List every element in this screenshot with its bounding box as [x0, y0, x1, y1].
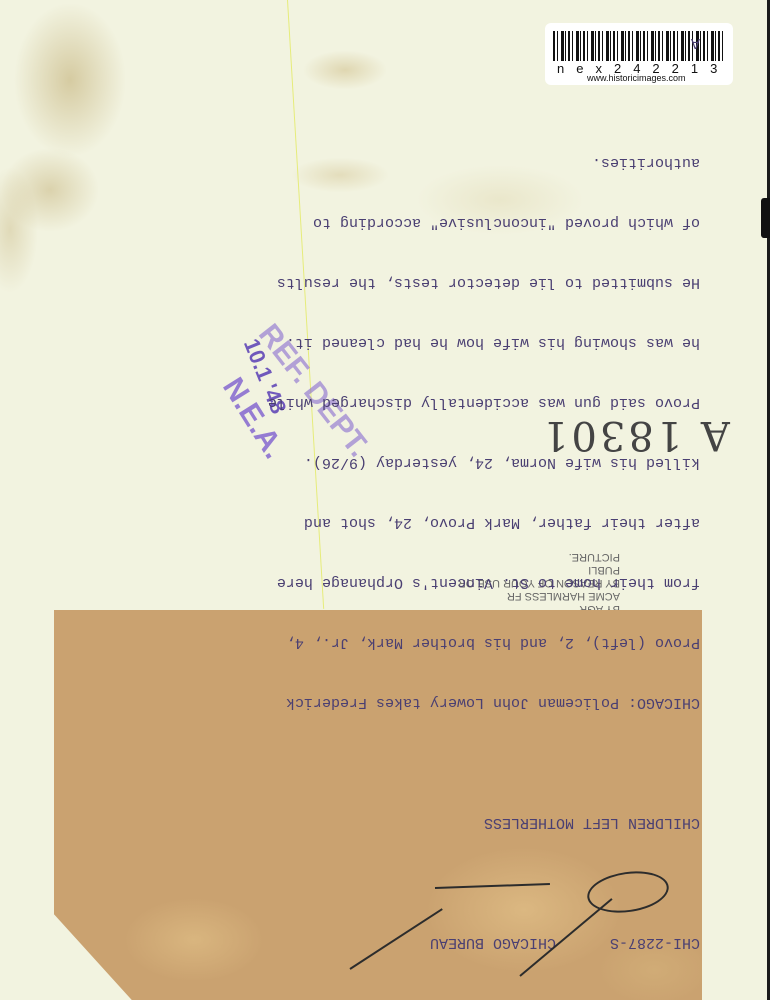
typed-caption: CHI-2287-S CHICAGO BUREAU CHILDREN LEFT …: [130, 632, 700, 992]
scan-edge-tab: [761, 198, 770, 238]
spacer: [130, 752, 700, 772]
caption-marker: A: [130, 32, 700, 52]
caption-body-line: he was showing his wife how he had clean…: [130, 332, 700, 352]
caption-body-line: after their father, Mark Provo, 24, shot…: [130, 512, 700, 532]
caption-headline-text: CHILDREN LEFT MOTHERLESS: [484, 814, 700, 831]
caption-body-line: Provo (left), 2, and his brother Mark, J…: [130, 632, 700, 652]
caption-slug: CHI-2287-S: [610, 934, 700, 951]
caption-bureau: CHICAGO BUREAU: [430, 934, 556, 951]
caption-body-line: Provo said gun was accidentally discharg…: [130, 392, 700, 412]
caption-body-line: of which proved "inconclusive" according…: [130, 212, 700, 232]
spacer: [130, 92, 700, 112]
caption-slug-line: CHI-2287-S CHICAGO BUREAU: [130, 932, 700, 952]
caption-headline: CHILDREN LEFT MOTHERLESS: [130, 812, 700, 832]
caption-body-line: He submitted to lie detector tests, the …: [130, 272, 700, 292]
caption-body-line: from their home to St. Vincent's Orphana…: [130, 572, 700, 592]
caption-body-line: CHICAGO: Policeman John Lowery takes Fre…: [130, 692, 700, 712]
caption-body-line: killed his wife Norma, 24, yesterday (9/…: [130, 452, 700, 472]
caption-body-line: authorities.: [130, 152, 700, 172]
